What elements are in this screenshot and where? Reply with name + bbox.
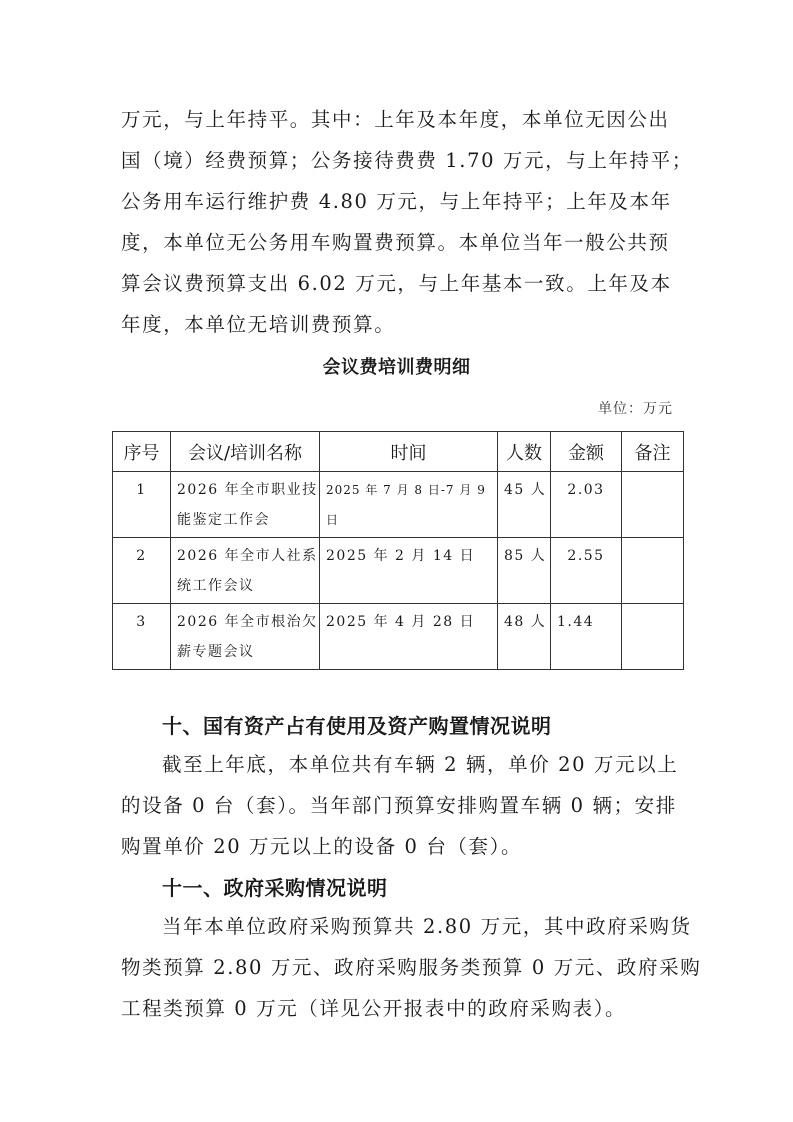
text-line: 度，本单位无公务用车购置费预算。本单位当年一般公共预	[121, 222, 681, 263]
section-10-paragraph: 截至上年底，本单位共有车辆 2 辆，单价 20 万元以上 的设备 0 台（套）。…	[121, 744, 681, 867]
name-line: 统工作会议	[177, 571, 319, 601]
cell-name: 2026 年全市根治欠薪专题会议	[171, 604, 320, 670]
section-11-heading: 十一、政府采购情况说明	[162, 872, 388, 901]
cell-note	[622, 538, 684, 604]
header-amount: 金额	[551, 432, 622, 472]
cell-people: 48 人	[498, 604, 551, 670]
table-header-row: 序号 会议/培训名称 时间 人数 金额 备注	[113, 432, 684, 472]
cell-note	[622, 604, 684, 670]
name-line: 2026 年全市人社系	[177, 541, 319, 571]
text-line: 工程类预算 0 万元（详见公开报表中的政府采购表）。	[121, 988, 681, 1029]
name-line: 2026 年全市职业技	[177, 475, 319, 505]
text-line: 国（境）经费预算；公务接待费费 1.70 万元，与上年持平；	[121, 140, 681, 181]
cell-amount: 2.03	[551, 472, 622, 538]
section-11-paragraph: 当年本单位政府采购预算共 2.80 万元，其中政府采购货 物类预算 2.80 万…	[121, 906, 681, 1029]
cell-amount: 1.44	[551, 604, 622, 670]
table-row: 1 2026 年全市职业技能鉴定工作会 2025 年 7 月 8 日-7 月 9…	[113, 472, 684, 538]
name-line: 2026 年全市根治欠	[177, 607, 319, 637]
text-line: 万元，与上年持平。其中：上年及本年度，本单位无因公出	[121, 99, 681, 140]
cell-no: 1	[113, 472, 171, 538]
meeting-training-expense-table: 序号 会议/培训名称 时间 人数 金额 备注 1 2026 年全市职业技能鉴定工…	[112, 431, 684, 670]
text-line: 购置单价 20 万元以上的设备 0 台（套）。	[121, 826, 681, 867]
cell-people: 45 人	[498, 472, 551, 538]
header-time: 时间	[320, 432, 498, 472]
cell-people: 85 人	[498, 538, 551, 604]
text-line: 截至上年底，本单位共有车辆 2 辆，单价 20 万元以上	[121, 744, 681, 785]
text-line: 当年本单位政府采购预算共 2.80 万元，其中政府采购货	[121, 906, 681, 947]
cell-amount: 2.55	[551, 538, 622, 604]
cell-name: 2026 年全市职业技能鉴定工作会	[171, 472, 320, 538]
unit-label: 单位：万元	[598, 398, 673, 418]
text-line: 算会议费预算支出 6.02 万元，与上年基本一致。上年及本	[121, 263, 681, 304]
cell-time: 2025 年 4 月 28 日	[320, 604, 498, 670]
text-line: 年度，本单位无培训费预算。	[121, 304, 681, 345]
cell-time: 2025 年 7 月 8 日-7 月 9 日	[320, 472, 498, 538]
text-line: 物类预算 2.80 万元、政府采购服务类预算 0 万元、政府采购	[121, 947, 681, 988]
name-line: 薪专题会议	[177, 637, 319, 667]
table-title: 会议费培训费明细	[0, 353, 793, 379]
header-name: 会议/培训名称	[171, 432, 320, 472]
cell-name: 2026 年全市人社系统工作会议	[171, 538, 320, 604]
cell-no: 2	[113, 538, 171, 604]
cell-no: 3	[113, 604, 171, 670]
header-people: 人数	[498, 432, 551, 472]
table-row: 3 2026 年全市根治欠薪专题会议 2025 年 4 月 28 日 48 人 …	[113, 604, 684, 670]
cell-time: 2025 年 2 月 14 日	[320, 538, 498, 604]
name-line: 能鉴定工作会	[177, 505, 319, 535]
header-note: 备注	[622, 432, 684, 472]
table-row: 2 2026 年全市人社系统工作会议 2025 年 2 月 14 日 85 人 …	[113, 538, 684, 604]
text-line: 的设备 0 台（套）。当年部门预算安排购置车辆 0 辆；安排	[121, 785, 681, 826]
section-10-heading: 十、国有资产占有使用及资产购置情况说明	[162, 710, 552, 739]
header-no: 序号	[113, 432, 171, 472]
intro-paragraph: 万元，与上年持平。其中：上年及本年度，本单位无因公出 国（境）经费预算；公务接待…	[121, 99, 681, 345]
text-line: 公务用车运行维护费 4.80 万元，与上年持平；上年及本年	[121, 181, 681, 222]
cell-note	[622, 472, 684, 538]
